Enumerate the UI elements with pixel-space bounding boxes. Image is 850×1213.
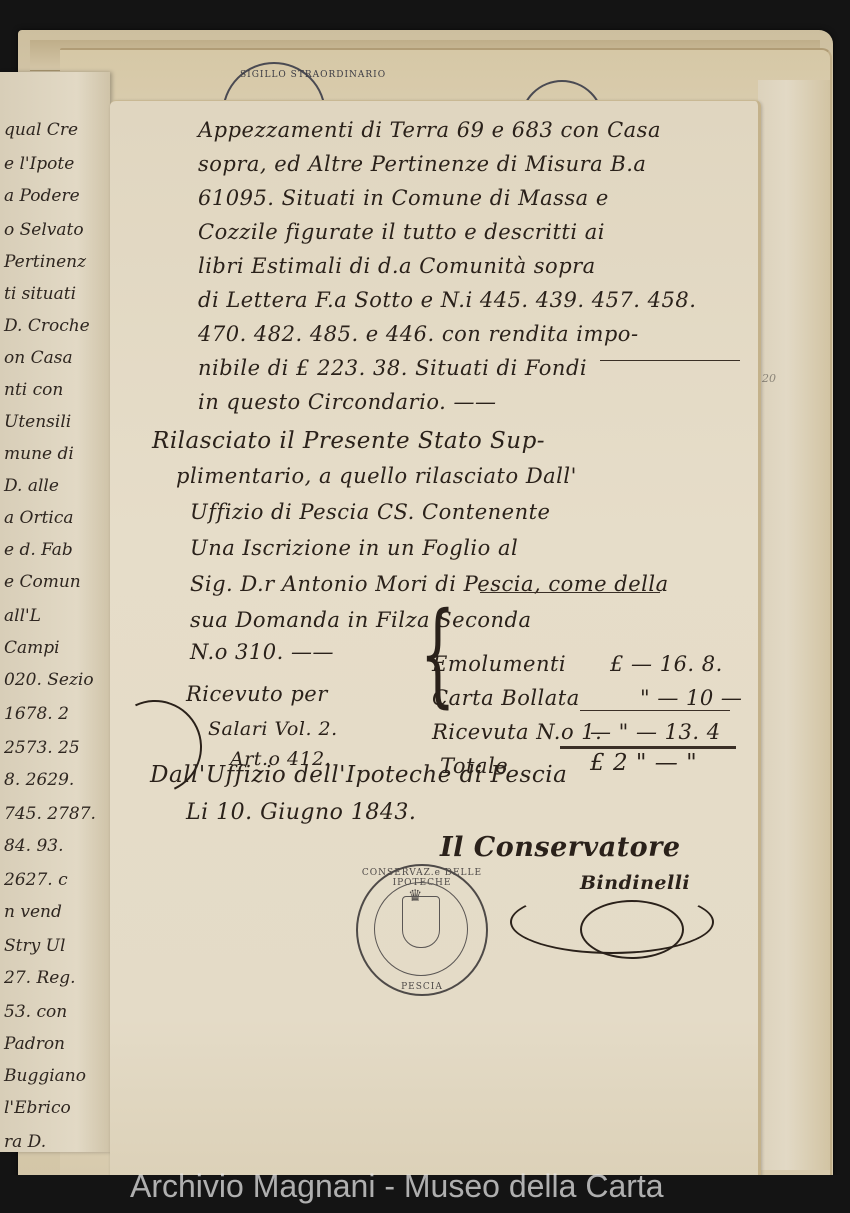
office-line: Dall'Uffizio dell'Ipoteche di Pescia [150,762,567,788]
body-line: di Lettera F.a Sotto e N.i 445. 439. 457… [198,288,696,312]
left-fragment: mune di [4,444,74,464]
salari-reference: Salari Vol. 2. [208,718,338,740]
right-paper-flap [758,80,830,1170]
fee-amount: — " — 13. 4 [590,720,721,744]
fee-label: Carta Bollata [432,686,580,710]
received-label: Ricevuto per [186,682,328,706]
left-fragment: l'Ebrico [4,1098,71,1118]
left-fragment: qual Cre [4,120,78,140]
body-line: N.o 310. —— [190,640,334,664]
line-rule [480,592,660,593]
left-fragment: 27. Reg. [4,968,76,988]
top-stamp-text: SIGILLO STRAORDINARIO [240,70,386,80]
left-fragment: Stry Ul [4,936,65,956]
left-fragment: ti situati [4,284,76,304]
line-rule [600,360,740,361]
left-fragment: 2573. 25 [4,738,80,758]
body-line: plimentario, a quello rilasciato Dall' [176,464,577,488]
body-line: Appezzamenti di Terra 69 e 683 con Casa [198,118,661,142]
left-fragment: 2627. c [4,870,68,890]
date-line: Li 10. Giugno 1843. [186,800,416,825]
body-line: sopra, ed Altre Pertinenze di Misura B.a [198,152,646,176]
left-fragment: 020. Sezio [4,670,94,690]
body-line: nibile di £ 223. 38. Situati di Fondi [198,356,587,380]
seal-bottom-text: PESCIA [358,982,486,992]
left-fragment: n vend [4,902,62,922]
fee-amount: £ — 16. 8. [610,652,723,676]
conservatore-title: Il Conservatore [440,832,681,863]
signature-loop [580,900,684,959]
left-fragment: D. Croche [4,316,90,336]
body-line: 61095. Situati in Comune di Massa e [198,186,609,210]
fee-label: Ricevuta N.o 1. [432,720,602,744]
left-fragment: 1678. 2 [4,704,69,724]
left-fragment: 53. con [4,1002,67,1022]
fee-label: Emolumenti [432,652,566,676]
left-fragment: 745. 2787. [4,804,96,824]
left-fragment: e l'Ipote [4,154,74,174]
body-line: Cozzile figurate il tutto e descritti ai [198,220,605,244]
seal-top-text: CONSERVAZ.e DELLE IPOTECHE [358,868,486,888]
body-line: Uffizio di Pescia CS. Contenente [190,500,550,524]
body-line: in questo Circondario. —— [198,390,496,414]
conservatoria-seal: CONSERVAZ.e DELLE IPOTECHE ♛ PESCIA [356,864,488,996]
total-double-rule [560,746,736,749]
left-fragment: all'L [4,606,41,626]
body-line: libri Estimali di d.a Comunità sopra [198,254,596,278]
left-fragment: o Selvato [4,220,84,240]
body-line: Rilasciato il Presente Stato Sup- [152,428,545,454]
subtotal-rule [580,710,730,711]
total-amount: £ 2 " — " [590,750,697,776]
left-fragment: 84. 93. [4,836,63,856]
shield-crest-icon [402,896,440,948]
left-fragment: e Comun [4,572,81,592]
body-line: 470. 482. 485. e 446. con rendita impo- [198,322,639,346]
left-fragment: Pertinenz [4,252,86,272]
left-fragment: nti con [4,380,63,400]
body-line: sua Domanda in Filza Seconda [190,608,531,632]
left-fragment: Utensili [4,412,71,432]
body-line: Una Iscrizione in un Foglio al [190,536,518,560]
left-fragment: Buggiano [4,1066,86,1086]
left-fragment: on Casa [4,348,73,368]
left-fragment: e d. Fab [4,540,73,560]
left-fragment: 8. 2629. [4,770,74,790]
left-fragment: a Podere [4,186,80,206]
left-fragment: D. alle [4,476,59,496]
fee-amount: " — 10 — [640,686,742,710]
left-fragment: Campi [4,638,60,658]
left-fragment: ra D. [4,1132,46,1152]
left-fragment: Padron [4,1034,65,1054]
left-fragment: a Ortica [4,508,74,528]
margin-note: 20 [762,372,776,385]
archive-watermark: Archivio Magnani - Museo della Carta [130,1168,664,1205]
left-page: qual Cre e l'Ipote a Podere o Selvato Pe… [0,72,110,1152]
